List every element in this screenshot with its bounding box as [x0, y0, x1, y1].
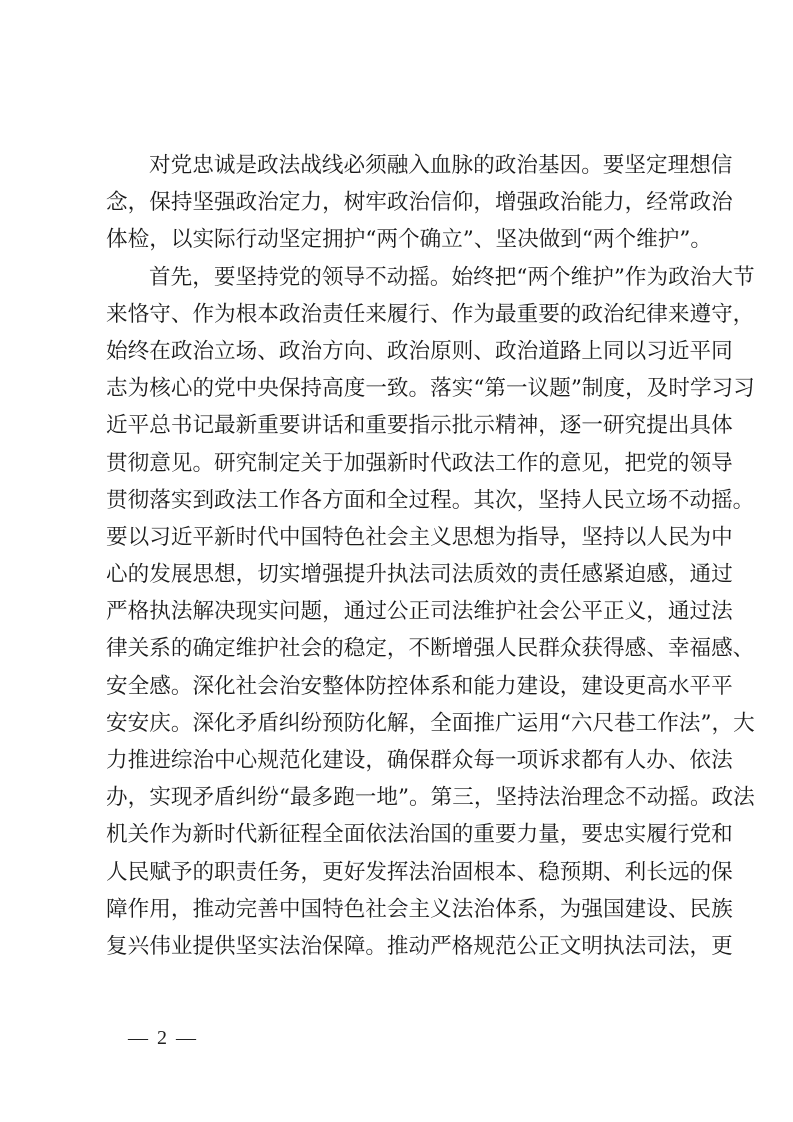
text-line: 贯彻意见。研究制定关于加强新时代政法工作的意见，把党的领导: [106, 445, 688, 482]
text-line: 念，保持坚强政治定力，树牢政治信仰，增强政治能力，经常政治: [106, 184, 688, 221]
text-line: 对党忠诚是政法战线必须融入血脉的政治基因。要坚定理想信: [106, 147, 688, 184]
text-line: 心的发展思想，切实增强提升执法司法质效的责任感紧迫感，通过: [106, 556, 688, 593]
text-line: 要以习近平新时代中国特色社会主义思想为指导，坚持以人民为中: [106, 519, 688, 556]
text-line: 人民赋予的职责任务，更好发挥法治固根本、稳预期、利长远的保: [106, 854, 688, 891]
text-line: 机关作为新时代新征程全面依法治国的重要力量，要忠实履行党和: [106, 816, 688, 853]
paragraph: 对党忠诚是政法战线必须融入血脉的政治基因。要坚定理想信念，保持坚强政治定力，树牢…: [106, 147, 688, 259]
text-line: 安全感。深化社会治安整体防控体系和能力建设，建设更高水平平: [106, 668, 688, 705]
paragraph: 首先，要坚持党的领导不动摇。始终把“两个维护”作为政治大节来恪守、作为根本政治责…: [106, 259, 688, 966]
text-line: 近平总书记最新重要讲话和重要指示批示精神，逐一研究提出具体: [106, 407, 688, 444]
text-line: 始终在政治立场、政治方向、政治原则、政治道路上同以习近平同: [106, 333, 688, 370]
text-line: 办，实现矛盾纠纷“最多跑一地”。第三，坚持法治理念不动摇。政法: [106, 779, 688, 816]
text-line: 首先，要坚持党的领导不动摇。始终把“两个维护”作为政治大节: [106, 259, 688, 296]
text-line: 安安庆。深化矛盾纠纷预防化解，全面推广运用“六尺巷工作法”，大: [106, 705, 688, 742]
text-line: 障作用，推动完善中国特色社会主义法治体系，为强国建设、民族: [106, 891, 688, 928]
text-line: 严格执法解决现实问题，通过公正司法维护社会公平正义，通过法: [106, 593, 688, 630]
document-page: 对党忠诚是政法战线必须融入血脉的政治基因。要坚定理想信念，保持坚强政治定力，树牢…: [0, 0, 793, 1122]
body-text: 对党忠诚是政法战线必须融入血脉的政治基因。要坚定理想信念，保持坚强政治定力，树牢…: [106, 147, 688, 965]
text-line: 贯彻落实到政法工作各方面和全过程。其次，坚持人民立场不动摇。: [106, 482, 688, 519]
text-line: 志为核心的党中央保持高度一致。落实“第一议题”制度，及时学习习: [106, 370, 688, 407]
page-number: — 2 —: [128, 1027, 198, 1050]
text-line: 律关系的确定维护社会的稳定，不断增强人民群众获得感、幸福感、: [106, 630, 688, 667]
text-line: 复兴伟业提供坚实法治保障。推动严格规范公正文明执法司法，更: [106, 928, 688, 965]
text-line: 力推进综治中心规范化建设，确保群众每一项诉求都有人办、依法: [106, 742, 688, 779]
text-line: 体检，以实际行动坚定拥护“两个确立”、坚决做到“两个维护”。: [106, 221, 688, 258]
text-line: 来恪守、作为根本政治责任来履行、作为最重要的政治纪律来遵守，: [106, 296, 688, 333]
